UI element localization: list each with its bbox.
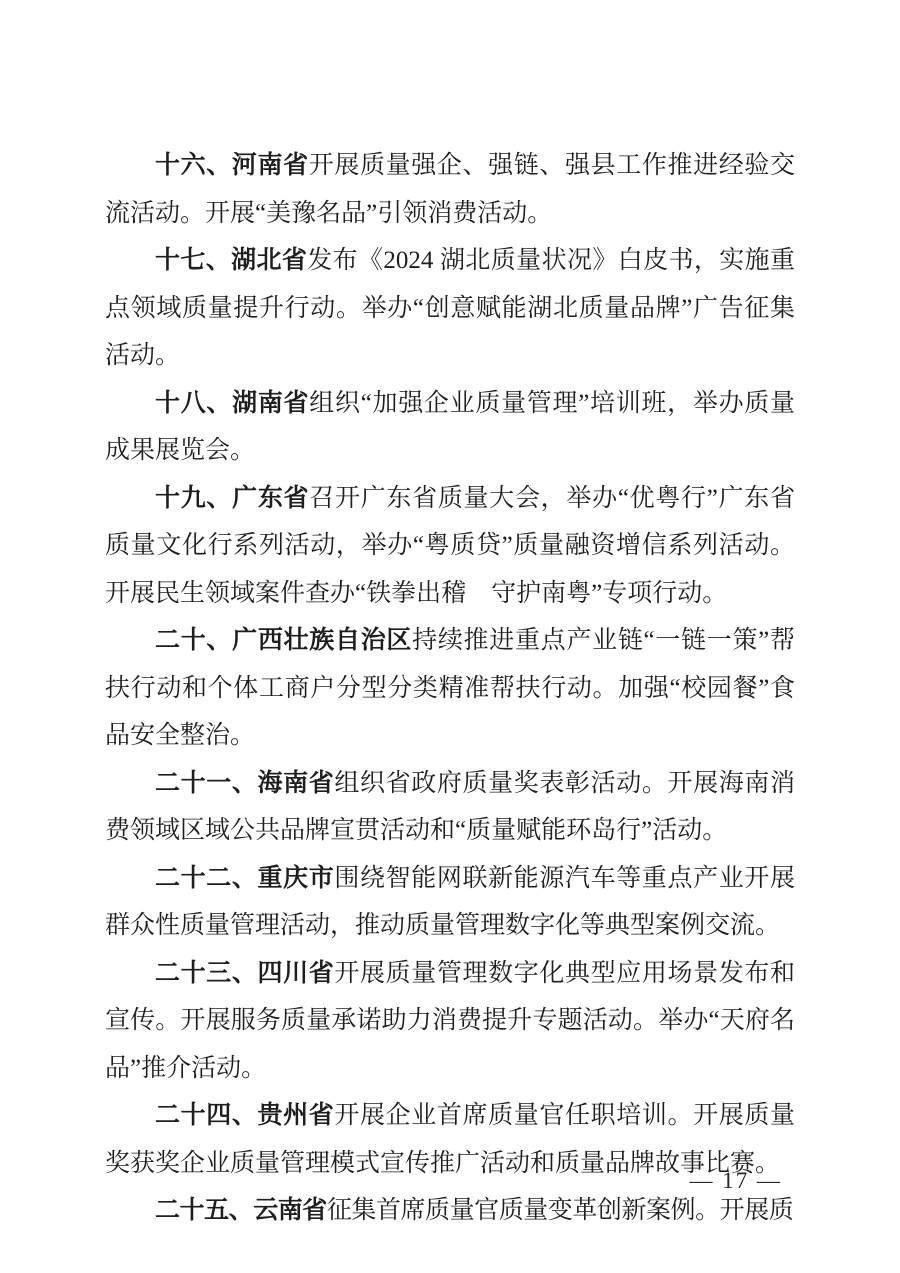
paragraph-lead: 二十五、云南省 [155,1196,327,1224]
paragraph-item-19: 十九、广东省召开广东省质量大会，举办“优粤行”广东省质量文化行系列活动，举办“粤… [105,475,795,618]
paragraph-item-21: 二十一、海南省组织省政府质量奖表彰活动。开展海南消费领域区域公共品牌宣贯活动和“… [105,760,795,855]
paragraph-item-17: 十七、湖北省发布《2024 湖北质量状况》白皮书，实施重点领域质量提升行动。举办… [105,237,795,380]
paragraph-item-20: 二十、广西壮族自治区持续推进重点产业链“一链一策”帮扶行动和个体工商户分型分类精… [105,617,795,760]
paragraph-lead: 二十、广西壮族自治区 [155,626,412,654]
paragraph-item-18: 十八、湖南省组织“加强企业质量管理”培训班，举办质量成果展览会。 [105,380,795,475]
paragraph-lead: 十八、湖南省 [155,389,309,417]
document-body: 十六、河南省开展质量强企、强链、强县工作推进经验交流活动。开展“美豫名品”引领消… [105,142,795,1235]
document-page: 十六、河南省开展质量强企、强链、强县工作推进经验交流活动。开展“美豫名品”引领消… [0,0,900,1273]
paragraph-lead: 二十四、贵州省 [155,1101,334,1129]
paragraph-lead: 十六、河南省 [155,151,309,179]
paragraph-item-25: 二十五、云南省征集首席质量官质量变革创新案例。开展质 [105,1187,795,1235]
paragraph-lead: 二十三、四川省 [155,959,334,987]
paragraph-lead: 十九、广东省 [155,484,309,512]
paragraph-item-16: 十六、河南省开展质量强企、强链、强县工作推进经验交流活动。开展“美豫名品”引领消… [105,142,795,237]
paragraph-text: 征集首席质量官质量变革创新案例。开展质 [327,1197,793,1224]
paragraph-item-23: 二十三、四川省开展质量管理数字化典型应用场景发布和宣传。开展服务质量承诺助力消费… [105,950,795,1093]
paragraph-lead: 二十一、海南省 [155,769,334,797]
paragraph-item-22: 二十二、重庆市围绕智能网联新能源汽车等重点产业开展群众性质量管理活动，推动质量管… [105,855,795,950]
page-number: — 17 — [690,1168,783,1194]
paragraph-lead: 二十二、重庆市 [155,864,334,892]
paragraph-lead: 十七、湖北省 [155,246,307,274]
